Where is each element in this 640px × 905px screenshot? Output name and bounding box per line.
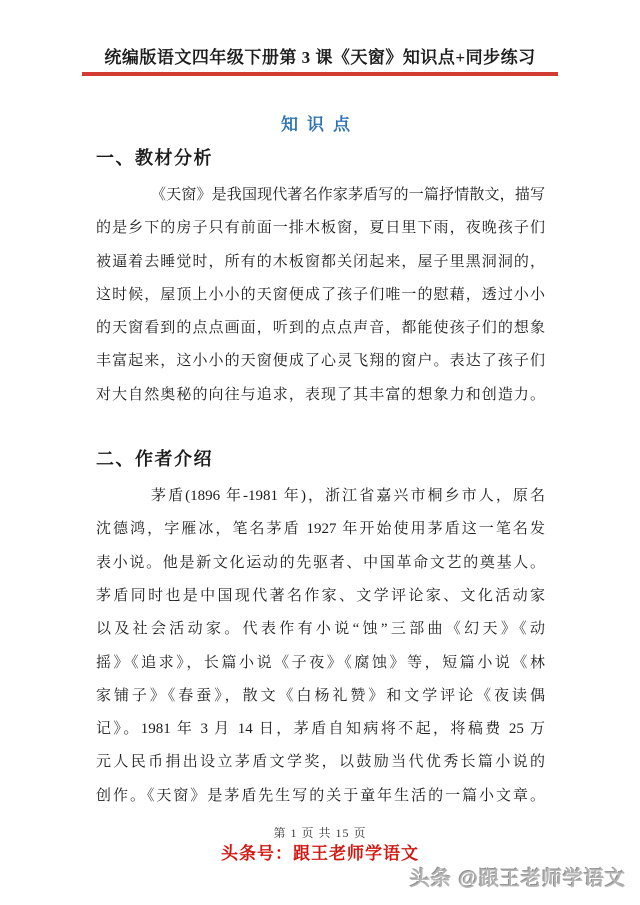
- toutiao-watermark: 头条 @跟王老师学语文: [410, 866, 626, 892]
- text-line: 茅盾同时也是中国现代著名作家、文学评论家、文化活动家: [96, 580, 545, 613]
- text-line: 对大自然奥秘的向往与追求，表现了其丰富的想象力和创造力。: [96, 379, 545, 412]
- document-title: 统编版语文四年级下册第 3 课《天窗》知识点+同步练习: [0, 46, 640, 70]
- text-line: 的天窗看到的点点画面，听到的点点声音，都能使孩子们的想象: [96, 312, 545, 345]
- document-section: 二、作者介绍茅盾(1896 年-1981 年)，浙江省嘉兴市桐乡市人，原名沈德鸿…: [96, 447, 545, 813]
- text-line: 记》。1981 年 3 月 14 日，茅盾自知病将不起，将稿费 25 万: [96, 713, 545, 746]
- paragraph: 茅盾(1896 年-1981 年)，浙江省嘉兴市桐乡市人，原名沈德鸿，字雁冰，笔…: [96, 480, 545, 813]
- text-line: 被逼着去睡觉时，所有的木板窗都关闭起来，屋子里黑洞洞的，: [96, 246, 545, 279]
- document-header: 统编版语文四年级下册第 3 课《天窗》知识点+同步练习: [0, 46, 640, 76]
- section-heading: 一、教材分析: [96, 146, 545, 170]
- paragraph: 《天窗》是我国现代著名作家茅盾写的一篇抒情散文，描写的是乡下的房子只有前面一排木…: [96, 179, 545, 412]
- text-line: 表小说。他是新文化运动的先驱者、中国革命文艺的奠基人。: [96, 547, 545, 580]
- document-section: 一、教材分析《天窗》是我国现代著名作家茅盾写的一篇抒情散文，描写的是乡下的房子只…: [96, 146, 545, 412]
- text-line: 沈德鸿，字雁冰，笔名茅盾 1927 年开始使用茅盾这一笔名发: [96, 513, 545, 546]
- document-body: 一、教材分析《天窗》是我国现代著名作家茅盾写的一篇抒情散文，描写的是乡下的房子只…: [96, 146, 545, 813]
- text-line: 摇》《追求》，长篇小说《子夜》《腐蚀》等，短篇小说《林: [96, 647, 545, 680]
- text-line: 元人民币捐出设立茅盾文学奖，以鼓励当代优秀长篇小说的: [96, 746, 545, 779]
- text-line: 创作。《天窗》是茅盾先生写的关于童年生活的一篇小文章。: [96, 780, 545, 813]
- page-number: 第 1 页 共 15 页: [0, 824, 640, 842]
- title-underline-rule: [82, 72, 558, 76]
- section-heading: 二、作者介绍: [96, 447, 545, 471]
- text-line: 家铺子》《春蚕》，散文《白杨礼赞》和文学评论《夜读偶: [96, 680, 545, 713]
- text-line: 的是乡下的房子只有前面一排木板窗，夏日里下雨，夜晚孩子们: [96, 212, 545, 245]
- text-line: 《天窗》是我国现代著名作家茅盾写的一篇抒情散文，描写: [96, 179, 545, 212]
- channel-name: 头条号：跟王老师学语文: [0, 843, 640, 865]
- text-line: 这时候，屋顶上小小的天窗便成了孩子们唯一的慰藉，透过小小: [96, 279, 545, 312]
- text-line: 以及社会活动家。代表作有小说“蚀”三部曲《幻天》《动: [96, 613, 545, 646]
- text-line: 茅盾(1896 年-1981 年)，浙江省嘉兴市桐乡市人，原名: [96, 480, 545, 513]
- knowledge-points-badge: 知识点: [0, 114, 640, 136]
- document-page: 统编版语文四年级下册第 3 课《天窗》知识点+同步练习 知识点 一、教材分析《天…: [0, 0, 640, 905]
- text-line: 丰富起来，这小小的天窗便成了心灵飞翔的窗户。表达了孩子们: [96, 345, 545, 378]
